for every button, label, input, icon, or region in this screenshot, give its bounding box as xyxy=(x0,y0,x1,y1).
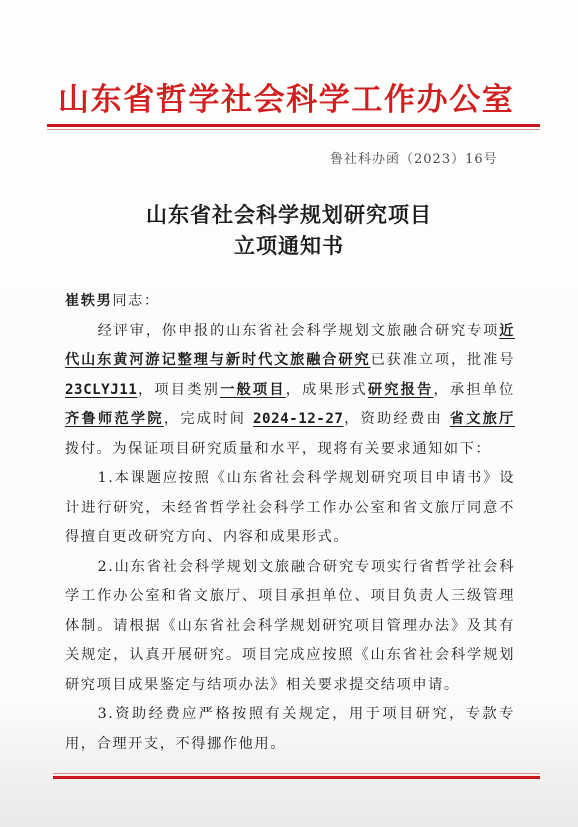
funding-source: 省文旅厅 xyxy=(450,411,515,427)
project-category: 一般项目 xyxy=(220,382,286,398)
requirement-item: 1.本课题应按照《山东省社会科学规划研究项目申请书》设计进行研究，未经省哲学社会… xyxy=(65,464,515,553)
letterhead-title: 山东省哲学社会科学工作办公室 xyxy=(58,80,538,120)
intro-text: ，承担单位 xyxy=(434,382,515,398)
requirement-item: 3.资助经费应严格按照有关规定，用于项目研究，专款专用，合理开支，不得挪作他用。 xyxy=(65,700,515,759)
requirement-number: 3. xyxy=(98,706,115,722)
intro-text: ，项目类别 xyxy=(137,382,220,398)
salutation-suffix: 同志： xyxy=(112,293,159,309)
recipient-name: 崔轶男 xyxy=(65,293,112,309)
requirement-item: 2.山东省社会科学规划文旅融合研究专项实行省哲学社会科学工作办公室和省文旅厅、项… xyxy=(65,553,515,701)
document-title-line2: 立项通知书 xyxy=(0,230,578,260)
footer-red-rule-thick xyxy=(53,776,540,779)
intro-text: 经评审，你申报的山东省社会科学规划文旅融合研究专项 xyxy=(98,323,500,339)
result-form: 研究报告 xyxy=(368,382,434,398)
letterhead-red-rule-thin xyxy=(47,129,540,130)
document-body: 崔轶男同志： 经评审，你申报的山东省社会科学规划文旅融合研究专项近代山东黄河游记… xyxy=(65,287,515,759)
requirement-text: 本课题应按照《山东省社会科学规划研究项目申请书》设计进行研究，未经省哲学社会科学… xyxy=(65,470,515,545)
document-page: 山东省哲学社会科学工作办公室 鲁社科办函（2023）16号 山东省社会科学规划研… xyxy=(0,0,578,827)
intro-paragraph: 经评审，你申报的山东省社会科学规划文旅融合研究专项近代山东黄河游记整理与新时代文… xyxy=(65,317,515,465)
footer-red-rule-thin xyxy=(53,773,540,774)
intro-text: 已获准立项，批准号 xyxy=(371,352,515,368)
intro-text: 拨付。为保证项目研究质量和水平，现将有关要求通知如下： xyxy=(65,441,491,457)
intro-text: ，资助经费由 xyxy=(343,411,449,427)
letterhead-red-rule-thick xyxy=(47,124,540,127)
document-title-line1: 山东省社会科学规划研究项目 xyxy=(0,199,578,229)
intro-text: ，成果形式 xyxy=(286,382,368,398)
intro-text: ，完成时间 xyxy=(164,411,253,427)
completion-date: 2024-12-27 xyxy=(253,411,343,427)
requirement-text: 资助经费应严格按照有关规定，用于项目研究，专款专用，合理开支，不得挪作他用。 xyxy=(65,706,515,752)
requirement-number: 2. xyxy=(98,559,115,575)
document-number: 鲁社科办函（2023）16号 xyxy=(330,148,498,167)
requirement-text: 山东省社会科学规划文旅融合研究专项实行省哲学社会科学工作办公室和省文旅厅、项目承… xyxy=(65,559,515,693)
institution: 齐鲁师范学院 xyxy=(65,411,164,427)
approval-number: 23CLYJ11 xyxy=(65,382,137,398)
requirement-number: 1. xyxy=(98,470,115,486)
salutation: 崔轶男同志： xyxy=(65,287,515,317)
